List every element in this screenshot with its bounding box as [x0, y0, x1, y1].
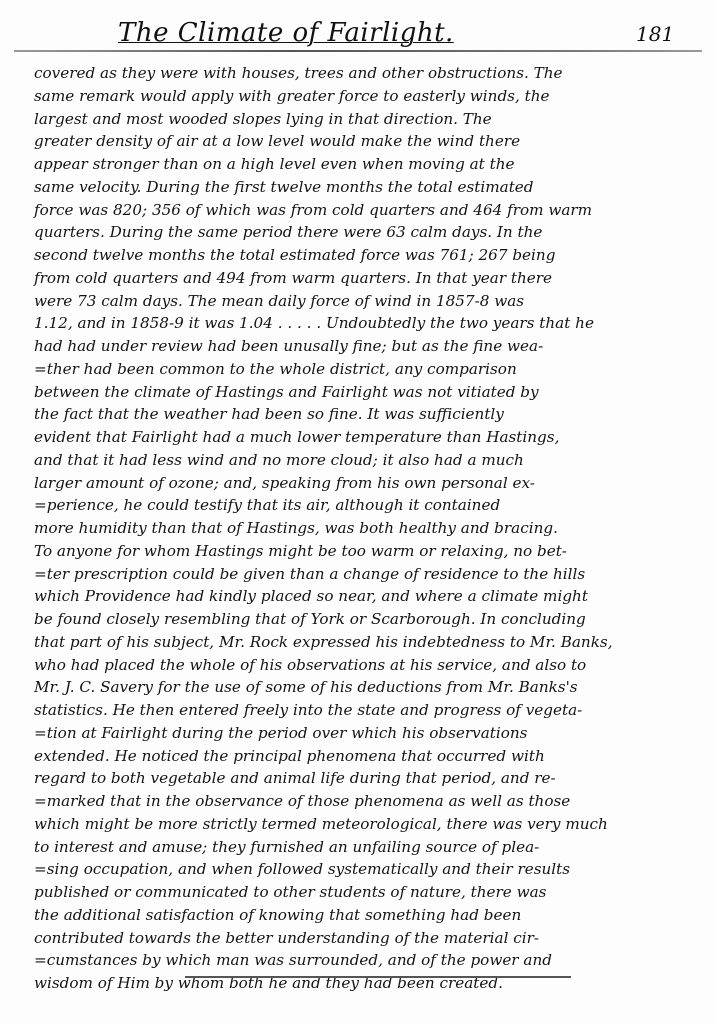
text-line: =sing occupation, and when followed syst…: [34, 858, 694, 881]
text-line: evident that Fairlight had a much lower …: [34, 426, 694, 449]
text-line: larger amount of ozone; and, speaking fr…: [34, 472, 694, 495]
text-line: which might be more strictly termed mete…: [34, 813, 694, 836]
text-line: =marked that in the observance of those …: [34, 790, 694, 813]
text-line: To anyone for whom Hastings might be too…: [34, 540, 694, 563]
text-line: contributed towards the better understan…: [34, 927, 694, 950]
text-line: =cumstances by which man was surrounded,…: [34, 949, 694, 972]
text-line: largest and most wooded slopes lying in …: [34, 108, 694, 131]
text-line: =perience, he could testify that its air…: [34, 494, 694, 517]
text-line: =ther had been common to the whole distr…: [34, 358, 694, 381]
body-text: covered as they were with houses, trees …: [34, 62, 694, 995]
text-line: statistics. He then entered freely into …: [34, 699, 694, 722]
text-line: which Providence had kindly placed so ne…: [34, 585, 694, 608]
text-line: from cold quarters and 494 from warm qua…: [34, 267, 694, 290]
closing-rule: [185, 976, 571, 978]
text-line: covered as they were with houses, trees …: [34, 62, 694, 85]
text-line: quarters. During the same period there w…: [34, 221, 694, 244]
text-line: be found closely resembling that of York…: [34, 608, 694, 631]
text-line: 1.12, and in 1858-9 it was 1.04 . . . . …: [34, 312, 694, 335]
text-line: appear stronger than on a high level eve…: [34, 153, 694, 176]
text-line: the additional satisfaction of knowing t…: [34, 904, 694, 927]
text-line: second twelve months the total estimated…: [34, 244, 694, 267]
text-line: same velocity. During the first twelve m…: [34, 176, 694, 199]
page-header: The Climate of Fairlight. 181: [0, 0, 715, 60]
text-line: published or communicated to other stude…: [34, 881, 694, 904]
text-line: regard to both vegetable and animal life…: [34, 767, 694, 790]
page-number: 181: [636, 22, 674, 46]
text-line: greater density of air at a low level wo…: [34, 130, 694, 153]
text-line: =ter prescription could be given than a …: [34, 563, 694, 586]
text-line: between the climate of Hastings and Fair…: [34, 381, 694, 404]
text-line: to interest and amuse; they furnished an…: [34, 836, 694, 859]
text-line: who had placed the whole of his observat…: [34, 654, 694, 677]
text-line: force was 820; 356 of which was from col…: [34, 199, 694, 222]
text-line: Mr. J. C. Savery for the use of some of …: [34, 676, 694, 699]
text-line: the fact that the weather had been so fi…: [34, 403, 694, 426]
text-line: and that it had less wind and no more cl…: [34, 449, 694, 472]
text-line: =tion at Fairlight during the period ove…: [34, 722, 694, 745]
text-line: had had under review had been unusally f…: [34, 335, 694, 358]
text-line: same remark would apply with greater for…: [34, 85, 694, 108]
text-line: extended. He noticed the principal pheno…: [34, 745, 694, 768]
text-line: were 73 calm days. The mean daily force …: [34, 290, 694, 313]
text-line: that part of his subject, Mr. Rock expre…: [34, 631, 694, 654]
manuscript-page: The Climate of Fairlight. 181 covered as…: [0, 0, 715, 1024]
header-rule: [14, 50, 702, 52]
page-title: The Climate of Fairlight.: [118, 18, 454, 48]
text-line: more humidity than that of Hastings, was…: [34, 517, 694, 540]
